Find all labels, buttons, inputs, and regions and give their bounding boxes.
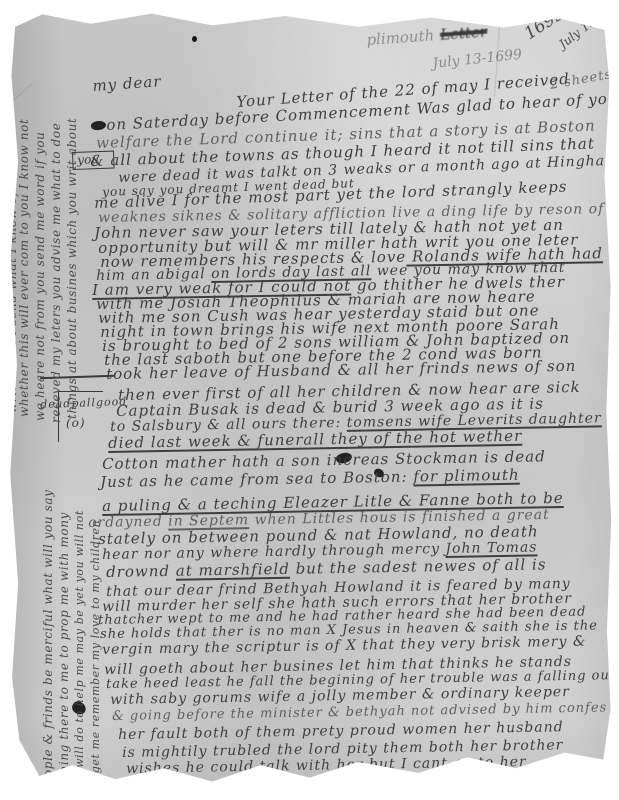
line-text: nothing there to me to prop me with mony — [57, 512, 71, 795]
line-text: Stockman is dead — [389, 447, 546, 468]
margin-line: that will do to help me may be yet you w… — [74, 510, 85, 797]
line-text: yet the lord strangly keeps — [330, 177, 567, 203]
line-text: people & frinds be merciful what will yo… — [41, 489, 55, 793]
line-text: whether this will ever com to you I know… — [17, 119, 31, 417]
struck-out-word: Letter — [439, 23, 487, 44]
line-text: things at about busines which you writ a… — [65, 118, 79, 419]
line-text: forget me remember my love to my childre… — [89, 520, 102, 791]
ink-hole-dot — [192, 36, 197, 42]
margin-line: things at about busines which you writ a… — [66, 118, 78, 419]
underlined-text: for plimouth — [413, 466, 520, 486]
line-text: we heare not from you send me word if yo… — [33, 132, 47, 422]
archival-mark-note: C — [597, 10, 614, 28]
letter-photo: 1699 July 13 C plimouthLetter July 13-16… — [0, 0, 619, 800]
manuscript-line: my dear — [92, 74, 162, 94]
ink-blot — [90, 120, 106, 131]
underlined-text: at marshfield — [176, 560, 290, 580]
line-text: but the sadest newes of all is — [290, 555, 547, 577]
paper: 1699 July 13 C plimouthLetter July 13-16… — [6, 5, 613, 787]
margin-line: receved my leters you advise me what to … — [50, 123, 62, 423]
pencil-place-word: plimouth — [366, 26, 435, 49]
pencil-date-note: July 13-1699 — [432, 48, 523, 71]
margin-line: people & frinds be merciful what will yo… — [42, 489, 54, 793]
pencil-place-note: plimouthLetter — [366, 25, 488, 48]
margin-line: whether this will ever com to you I know… — [18, 119, 30, 417]
line-text: receved my leters you advise me what to … — [49, 123, 63, 423]
margin-line: we heare not from you send me word if yo… — [34, 132, 46, 422]
line-text: that will do to help me may be yet you w… — [73, 510, 86, 797]
manuscript-line: Just as he came from sea to Boston: for … — [100, 468, 520, 490]
line-text: drownd — [106, 562, 176, 581]
margin-line: nothing there to me to prop me with mony — [58, 512, 70, 795]
line-text: my dear — [92, 72, 162, 95]
manuscript-line: died last week & funerall they of the ho… — [108, 429, 522, 451]
underlined-text: John Tomas — [445, 539, 537, 557]
margin-line: forget me remember my love to my childre… — [90, 520, 101, 791]
